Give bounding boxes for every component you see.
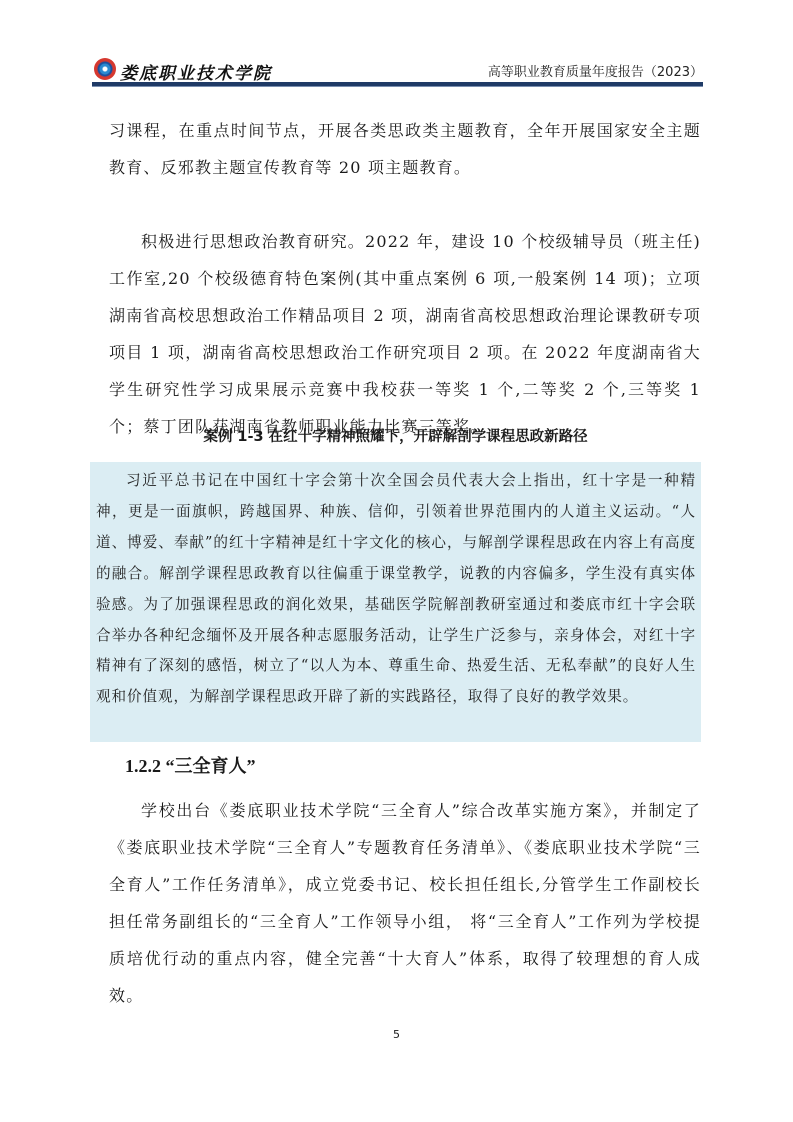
- paragraph-theme-education: 习课程，在重点时间节点，开展各类思政类主题教育，全年开展国家安全主题教育、反邪教…: [109, 112, 701, 186]
- case-title: 案例 1-3 在红十字精神照耀下，开辟解剖学课程思政新路径: [90, 425, 701, 446]
- report-title: 高等职业教育质量年度报告（2023）: [488, 61, 703, 80]
- school-emblem-icon: [94, 58, 116, 80]
- school-name: 娄底职业技术学院: [120, 59, 272, 84]
- paragraph-three-education: 学校出台《娄底职业技术学院“三全育人”综合改革实施方案》，并制定了《娄底职业技术…: [109, 792, 701, 1014]
- header-divider: [92, 82, 703, 87]
- paragraph-research: 积极进行思想政治教育研究。2022 年，建设 10 个校级辅导员（班主任)工作室…: [109, 223, 701, 445]
- section-heading: 1.2.2 “三全育人”: [125, 752, 256, 778]
- case-text: 习近平总书记在中国红十字会第十次全国会员代表大会上指出，红十字是一种精神，更是一…: [96, 466, 696, 713]
- page-number: 5: [0, 1028, 793, 1041]
- page-header: 娄底职业技术学院 高等职业教育质量年度报告（2023）: [92, 52, 703, 84]
